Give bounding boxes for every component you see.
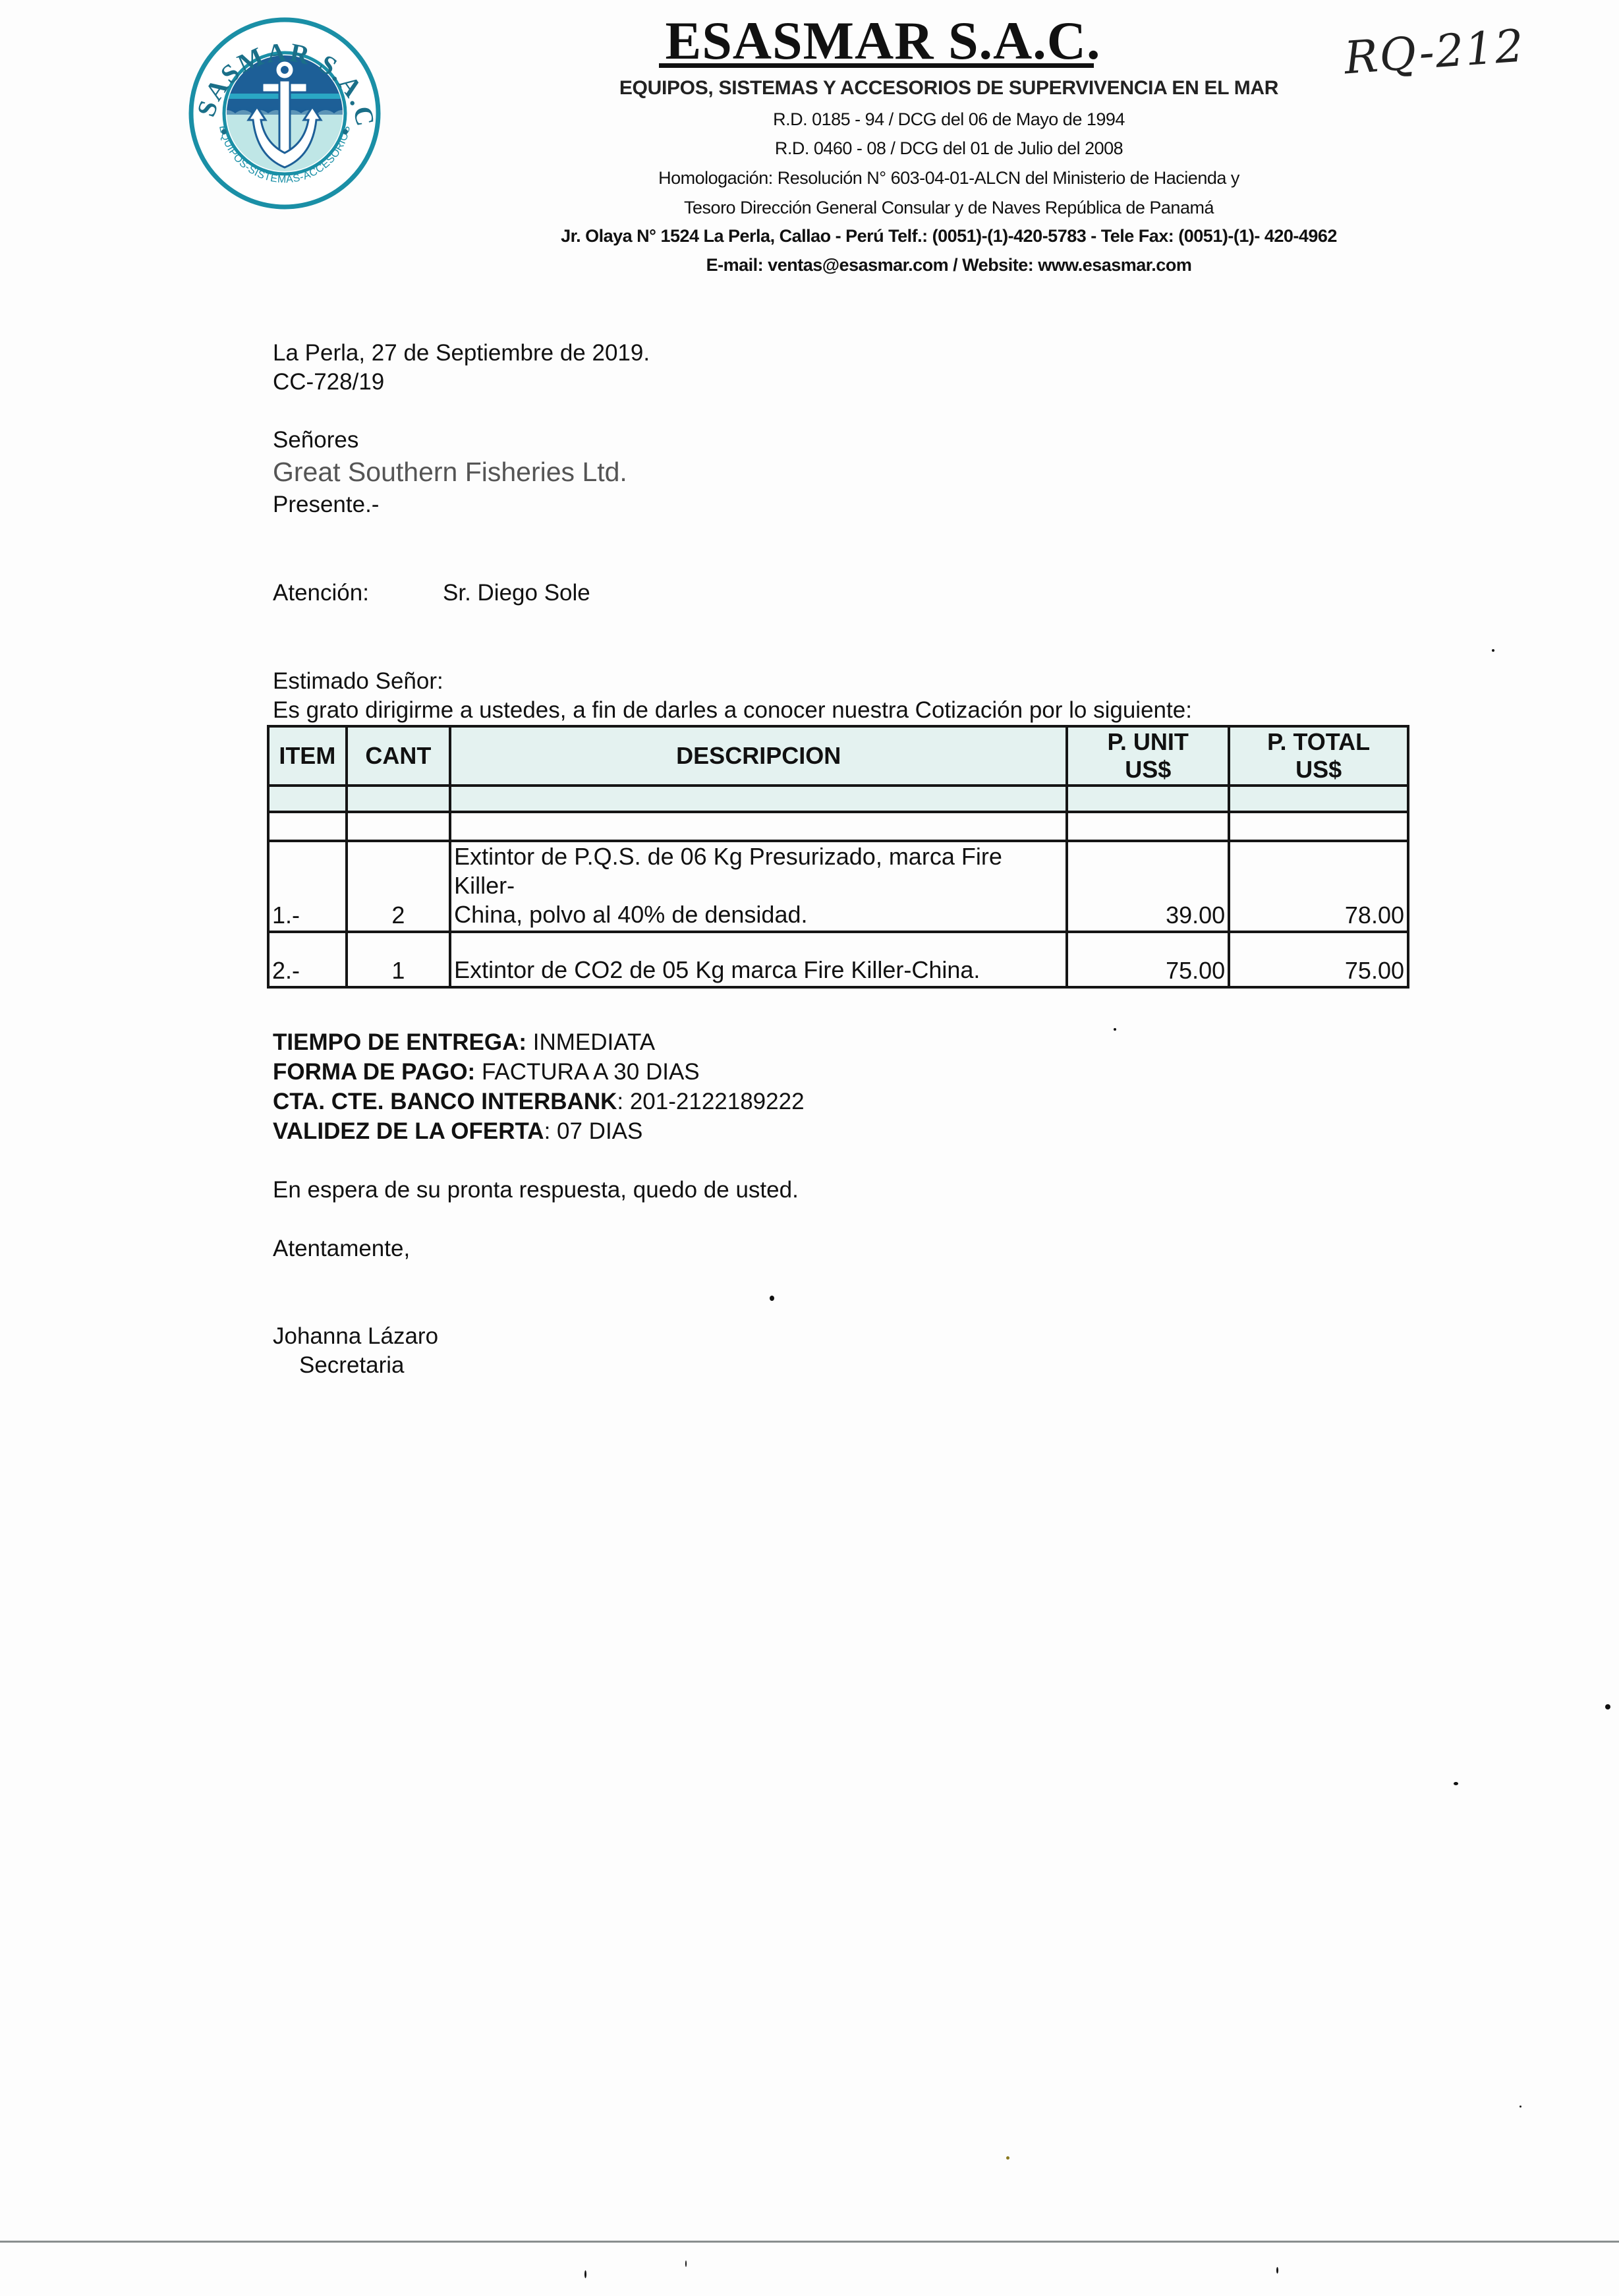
date-line: La Perla, 27 de Septiembre de 2019. — [273, 339, 650, 368]
term-bank-account-label: CTA. CTE. BANCO INTERBANK — [273, 1089, 617, 1114]
row-p-total: 78.00 — [1229, 841, 1408, 932]
term-payment: FORMA DE PAGO: FACTURA A 30 DIAS — [273, 1057, 700, 1087]
scan-speck — [1605, 1704, 1610, 1709]
term-delivery-label: TIEMPO DE ENTREGA: — [273, 1029, 526, 1055]
row-item: 2.- — [268, 932, 347, 987]
term-payment-label: FORMA DE PAGO: — [273, 1059, 475, 1085]
table-row: 2.- 1 Extintor de CO2 de 05 Kg marca Fir… — [268, 932, 1408, 987]
header-p-unit: P. UNIT US$ — [1067, 726, 1229, 786]
company-logo: ESASMAR S.A.C. EQUIPOS-SISTEMAS-ACCESORI… — [186, 14, 383, 212]
term-validity-value: : 07 DIAS — [544, 1118, 643, 1144]
row-cant: 1 — [347, 932, 450, 987]
intro-text: Es grato dirigirme a ustedes, a fin de d… — [273, 696, 1192, 725]
salutation-to: Señores — [273, 426, 358, 455]
signer-title: Secretaria — [299, 1351, 405, 1380]
closing-waiting: En espera de su pronta respuesta, quedo … — [273, 1176, 799, 1205]
header-p-total-line2: US$ — [1233, 756, 1404, 784]
row-p-total: 75.00 — [1229, 932, 1408, 987]
scan-edge-line — [0, 2241, 1619, 2243]
term-bank-account: CTA. CTE. BANCO INTERBANK: 201-212218922… — [273, 1087, 805, 1116]
homologation-line-1: Homologación: Resolución N° 603-04-01-AL… — [369, 168, 1529, 188]
quote-table: ITEM CANT DESCRIPCION P. UNIT US$ P. TOT… — [267, 725, 1409, 989]
table-spacer-row — [268, 786, 1408, 812]
greeting: Estimado Señor: — [273, 667, 443, 696]
handwritten-note: RQ-212 — [1343, 20, 1527, 85]
signer-name: Johanna Lázaro — [273, 1322, 438, 1351]
table-header-row: ITEM CANT DESCRIPCION P. UNIT US$ P. TOT… — [268, 726, 1408, 786]
resolution-line-2: R.D. 0460 - 08 / DCG del 01 de Julio del… — [369, 138, 1529, 159]
company-tagline: EQUIPOS, SISTEMAS Y ACCESORIOS DE SUPERV… — [428, 77, 1469, 100]
row-description: Extintor de P.Q.S. de 06 Kg Presurizado,… — [450, 841, 1067, 932]
scan-speck — [1114, 1028, 1116, 1031]
row-description-line2: China, polvo al 40% de densidad. — [454, 900, 1063, 929]
term-delivery-value: INMEDIATA — [526, 1029, 655, 1055]
reference-number: CC-728/19 — [273, 368, 384, 397]
attention-label: Atención: — [273, 579, 369, 608]
row-p-unit: 39.00 — [1067, 841, 1229, 932]
header-p-unit-line2: US$ — [1071, 756, 1225, 784]
header-item: ITEM — [268, 726, 347, 786]
scan-speck — [685, 2260, 687, 2267]
scan-speck — [1006, 2156, 1009, 2160]
row-description-line1: Extintor de P.Q.S. de 06 Kg Presurizado,… — [454, 842, 1063, 900]
scan-speck — [770, 1296, 774, 1301]
scan-speck — [1454, 1782, 1458, 1785]
header-p-total: P. TOTAL US$ — [1229, 726, 1408, 786]
row-cant: 2 — [347, 841, 450, 932]
scan-speck — [1520, 2106, 1521, 2108]
scan-speck — [1492, 649, 1494, 652]
row-description: Extintor de CO2 de 05 Kg marca Fire Kill… — [450, 932, 1067, 987]
scan-speck — [1276, 2267, 1278, 2274]
client-name: Great Southern Fisheries Ltd. — [273, 457, 627, 486]
header-p-total-line1: P. TOTAL — [1233, 728, 1404, 756]
header-p-unit-line1: P. UNIT — [1071, 728, 1225, 756]
term-bank-account-value: : 201-2122189222 — [617, 1089, 804, 1114]
company-name-underline — [659, 63, 1094, 68]
table-row: 1.- 2 Extintor de P.Q.S. de 06 Kg Presur… — [268, 841, 1408, 932]
table-empty-row — [268, 812, 1408, 841]
address-line: Jr. Olaya N° 1524 La Perla, Callao - Per… — [369, 226, 1529, 246]
contact-line: E-mail: ventas@esasmar.com / Website: ww… — [369, 255, 1529, 275]
attention-value: Sr. Diego Sole — [443, 579, 590, 608]
term-validity-label: VALIDEZ DE LA OFERTA — [273, 1118, 544, 1144]
row-p-unit: 75.00 — [1067, 932, 1229, 987]
homologation-line-2: Tesoro Dirección General Consular y de N… — [369, 198, 1529, 218]
row-item: 1.- — [268, 841, 347, 932]
term-validity: VALIDEZ DE LA OFERTA: 07 DIAS — [273, 1116, 642, 1146]
term-payment-value: FACTURA A 30 DIAS — [475, 1059, 699, 1085]
header-cant: CANT — [347, 726, 450, 786]
term-delivery: TIEMPO DE ENTREGA: INMEDIATA — [273, 1027, 655, 1057]
anchor-icon: ESASMAR S.A.C. EQUIPOS-SISTEMAS-ACCESORI… — [186, 14, 383, 212]
presente-line: Presente.- — [273, 490, 379, 519]
scan-speck — [584, 2270, 586, 2278]
closing-regards: Atentamente, — [273, 1234, 410, 1263]
header-descripcion: DESCRIPCION — [450, 726, 1067, 786]
resolution-line-1: R.D. 0185 - 94 / DCG del 06 de Mayo de 1… — [369, 109, 1529, 130]
